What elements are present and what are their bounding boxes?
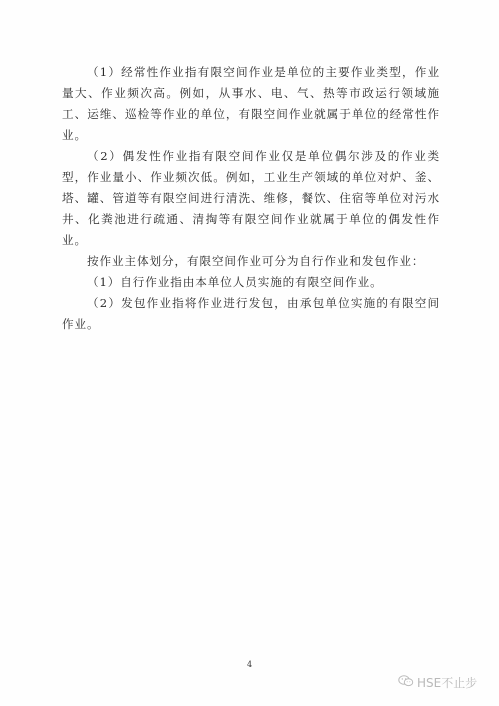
watermark-text: HSE不止步	[417, 674, 477, 691]
document-page: （1）经常性作业指有限空间作业是单位的主要作业类型，作业量大、作业频次高。例如，…	[0, 0, 499, 706]
paragraph-self-work: （1）自行作业指由本单位人员实施的有限空间作业。	[62, 272, 440, 293]
paragraph-classification: 按作业主体划分，有限空间作业可分为自行作业和发包作业：	[62, 251, 440, 272]
document-body: （1）经常性作业指有限空间作业是单位的主要作业类型，作业量大、作业频次高。例如，…	[62, 62, 440, 335]
paragraph-regular-work: （1）经常性作业指有限空间作业是单位的主要作业类型，作业量大、作业频次高。例如，…	[62, 62, 440, 146]
page-number: 4	[247, 660, 252, 669]
paragraph-occasional-work: （2）偶发性作业指有限空间作业仅是单位偶尔涉及的作业类型，作业量小、作业频次低。…	[62, 146, 440, 251]
wechat-icon	[398, 675, 414, 690]
paragraph-contracted-work: （2）发包作业指将作业进行发包，由承包单位实施的有限空间作业。	[62, 293, 440, 335]
watermark: HSE不止步	[398, 674, 477, 691]
